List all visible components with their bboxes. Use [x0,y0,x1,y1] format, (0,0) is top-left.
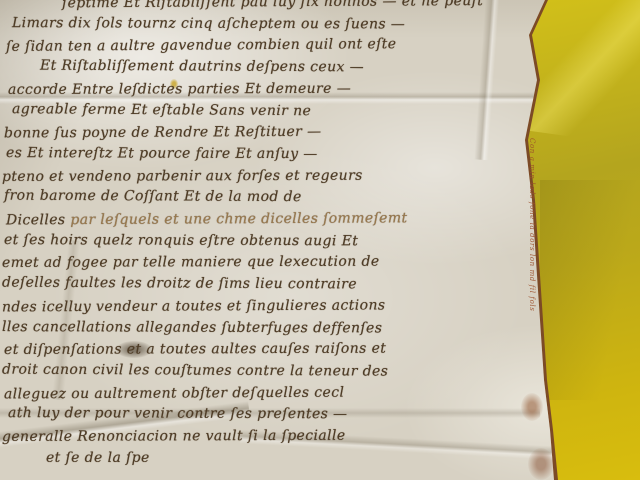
manuscript-line: accorde Entre leſdictes parties Et demeu… [8,78,545,102]
manuscript-line: Et Riſtabliſſement dautrins deſpens ceux… [40,56,545,80]
manuscript-line: ndes icelluy vendeur a toutes et ſinguli… [2,294,545,319]
manuscript-line: Dicelles par leſquels et une chme dicell… [6,208,545,233]
manuscript-line-segment: deſelles faultes les droitz de ſims lieu… [2,275,357,293]
manuscript-line: es Et intereſtz Et pource faire Et anſuy… [6,143,545,167]
manuscript-line: pteno et vendeno parbenir aux forſes et … [2,165,545,189]
manuscript-line-segment: es Et intereſtz Et pource faire Et anſuy… [6,145,318,162]
manuscript-line-segment: accorde Entre leſdictes parties Et demeu… [8,81,351,98]
manuscript-line: ath luy der pour venir contre ſes preſen… [8,403,545,427]
manuscript-line-segment: ſe ſidan ten a aultre gavendue combien q… [6,37,397,56]
manuscript-line-segment: lles cancellations allegandes ſubterfuge… [2,319,382,336]
manuscript-line-segment: Dicelles [6,212,70,228]
manuscript-text-block: ſeptime Et Riſtabliſſent pau luy ſix hon… [10,0,545,469]
manuscript-line-segment: Limars dix ſols tournz cinq aſcheptem ou… [12,15,405,32]
manuscript-line-segment: et diſpenſations et a toutes aultes cauſ… [4,341,386,358]
manuscript-line-segment: Et Riſtabliſſement dautrins deſpens ceux… [40,58,364,76]
manuscript-line: et diſpenſations et a toutes aultes cauſ… [4,338,545,362]
marginal-note-vertical: Con a min lads fone la dors lon md fil f… [528,138,536,426]
manuscript-line: et ſe de la ſpe [46,448,545,470]
manuscript-line: lles cancellations allegandes ſubterfuge… [2,317,545,341]
manuscript-line-segment: alleguez ou aultrement obſter deſquelles… [4,384,344,402]
backdrop-shadow-band [540,180,640,400]
manuscript-line: bonne ſus poyne de Rendre Et Reſtituer — [4,121,545,146]
manuscript-line-segment: droit canon civil les couſtumes contre l… [2,362,388,380]
manuscript-line-segment: et ſe de la ſpe [46,450,150,466]
manuscript-line-segment: ſeptime Et Riſtabliſſent pau luy ſix hon… [62,0,483,11]
manuscript-line-segment: fron barome de Coſſant Et de la mod de [4,188,302,206]
manuscript-line-segment: agreable ferme Et eſtable Sans venir ne [12,101,311,119]
manuscript-line: alleguez ou aultrement obſter deſquelles… [4,381,545,406]
manuscript-line: deſelles faultes les droitz de ſims lieu… [2,273,545,298]
manuscript-line-segment: et ſes hoirs quelz ronquis eſtre obtenus… [4,232,358,249]
manuscript-line-segment: ndes icelluy vendeur a toutes et ſinguli… [2,297,386,315]
manuscript-line: emet ad fogee par telle maniere que lexe… [2,251,545,275]
manuscript-line: fron barome de Coſſant Et de la mod de [4,186,545,211]
manuscript-line-segment: generalle Renonciacion ne vault ſi la ſp… [2,428,346,445]
manuscript-line-segment: ath luy der pour venir contre ſes preſen… [8,405,348,422]
manuscript-line: et ſes hoirs quelz ronquis eſtre obtenus… [4,230,545,254]
manuscript-line-segment: par leſquels et une chme dicelles ſommeſ… [70,210,407,228]
manuscript-photo: ſeptime Et Riſtabliſſent pau luy ſix hon… [0,0,640,480]
manuscript-line: droit canon civil les couſtumes contre l… [2,360,545,385]
manuscript-line-segment: emet ad fogee par telle maniere que lexe… [2,254,380,271]
manuscript-line-segment: bonne ſus poyne de Rendre Et Reſtituer — [4,124,322,142]
manuscript-line-segment: pteno et vendeno parbenir aux forſes et … [2,167,363,184]
manuscript-line: generalle Renonciacion ne vault ſi la ſp… [2,425,545,449]
